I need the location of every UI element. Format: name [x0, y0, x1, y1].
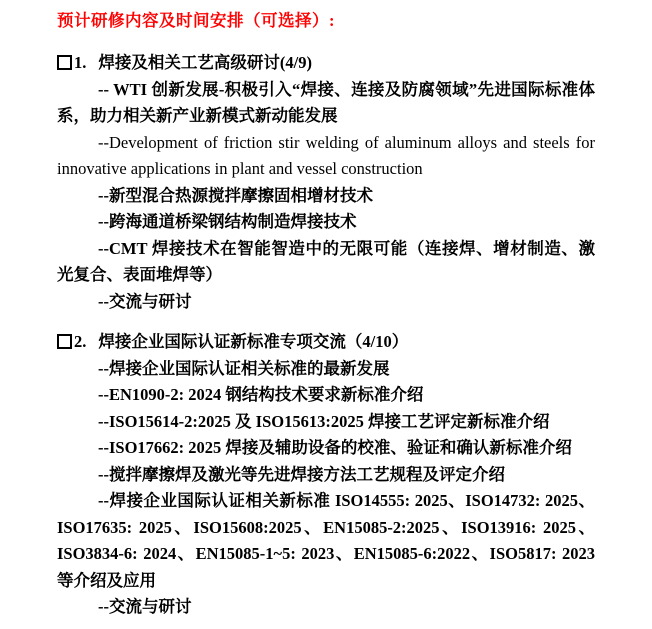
checkbox-section-2[interactable] [57, 334, 72, 349]
section-2: 2.焊接企业国际认证新标准专项交流（4/10） --焊接企业国际认证相关标准的最… [57, 329, 595, 621]
agenda-item: --ISO17662: 2025 焊接及辅助设备的校准、验证和确认新标准介绍 [57, 435, 595, 462]
agenda-item: --焊接企业国际认证相关新标准 ISO14555: 2025、ISO14732:… [57, 488, 595, 594]
section-2-number: 2. [74, 332, 86, 351]
agenda-item: --EN1090-2: 2024 钢结构技术要求新标准介绍 [57, 382, 595, 409]
section-1-heading: 1.焊接及相关工艺高级研讨(4/9) [57, 50, 595, 77]
agenda-item: --交流与研讨 [57, 594, 595, 621]
document-title: 预计研修内容及时间安排（可选择）: [57, 8, 595, 34]
section-2-title: 焊接企业国际认证新标准专项交流（4/10） [98, 332, 408, 351]
agenda-item: -- WTI 创新发展-积极引入“焊接、连接及防腐领域”先进国际标准体系，助力相… [57, 77, 595, 130]
checkbox-section-1[interactable] [57, 55, 72, 70]
agenda-item: --新型混合热源搅拌摩擦固相增材技术 [57, 183, 595, 210]
agenda-item: --搅拌摩擦焊及激光等先进焊接方法工艺规程及评定介绍 [57, 462, 595, 489]
agenda-item: --焊接企业国际认证相关标准的最新发展 [57, 356, 595, 383]
agenda-item: --交流与研讨 [57, 289, 595, 316]
section-1-title: 焊接及相关工艺高级研讨(4/9) [98, 53, 312, 72]
section-1: 1.焊接及相关工艺高级研讨(4/9) -- WTI 创新发展-积极引入“焊接、连… [57, 50, 595, 315]
agenda-item: --跨海通道桥梁钢结构制造焊接技术 [57, 209, 595, 236]
section-2-heading: 2.焊接企业国际认证新标准专项交流（4/10） [57, 329, 595, 356]
agenda-item: --ISO15614-2:2025 及 ISO15613:2025 焊接工艺评定… [57, 409, 595, 436]
agenda-item: --CMT 焊接技术在智能智造中的无限可能（连接焊、增材制造、激光复合、表面堆焊… [57, 236, 595, 289]
document-page: 预计研修内容及时间安排（可选择）: 1.焊接及相关工艺高级研讨(4/9) -- … [0, 0, 652, 629]
section-1-number: 1. [74, 53, 86, 72]
agenda-item: --Development of friction stir welding o… [57, 130, 595, 183]
